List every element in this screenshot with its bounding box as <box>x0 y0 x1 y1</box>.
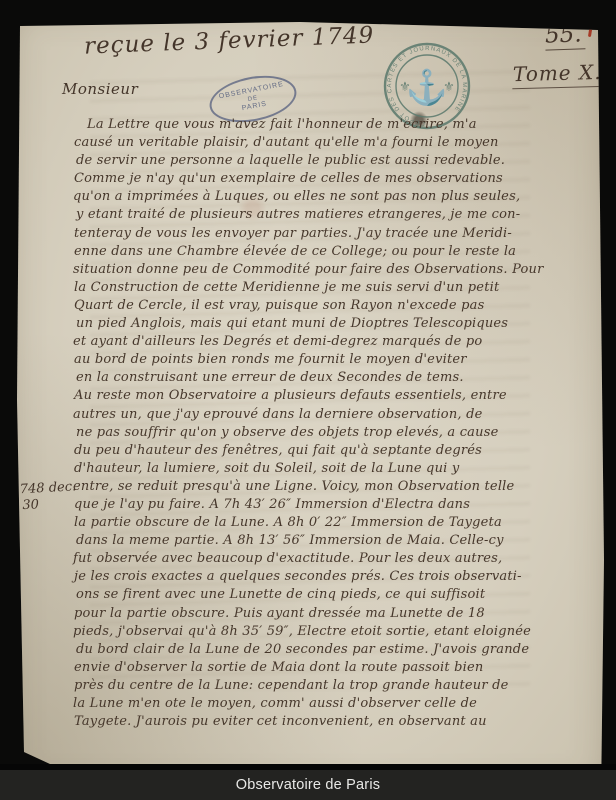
manuscript-photo: reçue le 3 fevrier 1749 55. Tome X. Mons… <box>0 0 616 800</box>
letter-line: que je l'ay pu faire. A 7h 43′ 26″ Immer… <box>74 496 590 514</box>
letter-line: de servir une personne a laquelle le pub… <box>76 152 590 170</box>
letter-line: causé un veritable plaisir, d'autant qu'… <box>74 134 590 152</box>
letter-line: qu'on a imprimées à Luques, ou elles ne … <box>73 188 590 206</box>
letter-line: je les crois exactes a quelques secondes… <box>74 568 590 586</box>
letter-line: ons se firent avec une Lunette de cinq p… <box>76 586 590 604</box>
letter-line: fut observée avec beaucoup d'exactitude.… <box>73 550 590 568</box>
letter-line: enne dans une Chambre élevée de ce Colle… <box>74 243 590 261</box>
letter-line: entre, se reduit presqu'à une Ligne. Voi… <box>73 478 590 496</box>
letter-line: La Lettre que vous m'avez fait l'honneur… <box>73 116 590 134</box>
letter-line: au bord de points bien ronds me fournit … <box>74 351 590 369</box>
letter-line: Au reste mon Observatoire a plusieurs de… <box>74 387 590 405</box>
letter-line: près du centre de la Lune: cependant la … <box>74 677 590 695</box>
letter-line: Quart de Cercle, il est vray, puisque so… <box>74 297 590 315</box>
letter-line: du peu d'hauteur des fenêtres, qui fait … <box>74 442 590 460</box>
margin-date-note: 1748 dec. 30 <box>11 479 77 514</box>
margin-date-line2: 30 <box>12 495 77 514</box>
letter-line: tenteray de vous les envoyer par parties… <box>74 225 590 243</box>
letter-line: Taygete. J'aurois pu eviter cet inconven… <box>74 713 590 731</box>
salutation: Monsieur <box>62 80 138 98</box>
letter-line: Comme je n'ay qu'un exemplaire de celles… <box>74 170 590 188</box>
margin-date-line1: 1748 dec. <box>11 479 76 498</box>
letter-line: envie d'observer la sortie de Maia dont … <box>74 659 590 677</box>
fleur-de-lis-left-icon: ⚜ <box>399 80 411 95</box>
letter-body: La Lettre que vous m'avez fait l'honneur… <box>74 116 590 731</box>
letter-line: dans la meme partie. A 8h 13′ 56″ Immers… <box>76 532 590 550</box>
oval-stamp-line3: PARIS <box>241 100 268 113</box>
caption-text: Observatoire de Paris <box>236 777 380 793</box>
letter-line: un pied Anglois, mais qui etant muni de … <box>76 315 590 333</box>
letter-line: la Lune m'en ote le moyen, comm' aussi d… <box>73 695 590 713</box>
tome-label: Tome X. <box>512 60 606 89</box>
letter-line: la Construction de cette Meridienne je m… <box>74 279 590 297</box>
letter-line: pour la partie obscure. Puis ayant dress… <box>74 605 590 623</box>
letter-line: autres un, que j'ay eprouvé dans la dern… <box>73 406 590 424</box>
anchor-icon: ⚓ <box>406 68 448 108</box>
letter-line: en la construisant une erreur de deux Se… <box>76 369 590 387</box>
caption-bar: Observatoire de Paris <box>0 764 616 800</box>
fleur-de-lis-right-icon: ⚜ <box>443 80 455 95</box>
letter-line: ne pas souffrir qu'on y observe des obje… <box>76 424 590 442</box>
letter-line: et ayant d'ailleurs les Degrés et demi-d… <box>73 333 590 351</box>
letter-line: situation donne peu de Commodité pour fa… <box>73 261 590 279</box>
folio-number: 55. <box>545 21 586 50</box>
red-tick-mark <box>588 23 593 37</box>
received-date-note: reçue le 3 fevrier 1749 <box>84 22 375 59</box>
letter-line: y etant traité de plusieurs autres matie… <box>76 206 590 224</box>
letter-line: d'hauteur, la lumiere, soit du Soleil, s… <box>74 460 590 478</box>
letter-line: du bord clair de la Lune de 20 secondes … <box>76 641 590 659</box>
letter-line: pieds, j'observai qu'à 8h 35′ 59″, Elect… <box>73 623 590 641</box>
letter-sheet: reçue le 3 fevrier 1749 55. Tome X. Mons… <box>0 0 616 800</box>
letter-line: la partie obscure de la Lune. A 8h 0′ 22… <box>74 514 590 532</box>
